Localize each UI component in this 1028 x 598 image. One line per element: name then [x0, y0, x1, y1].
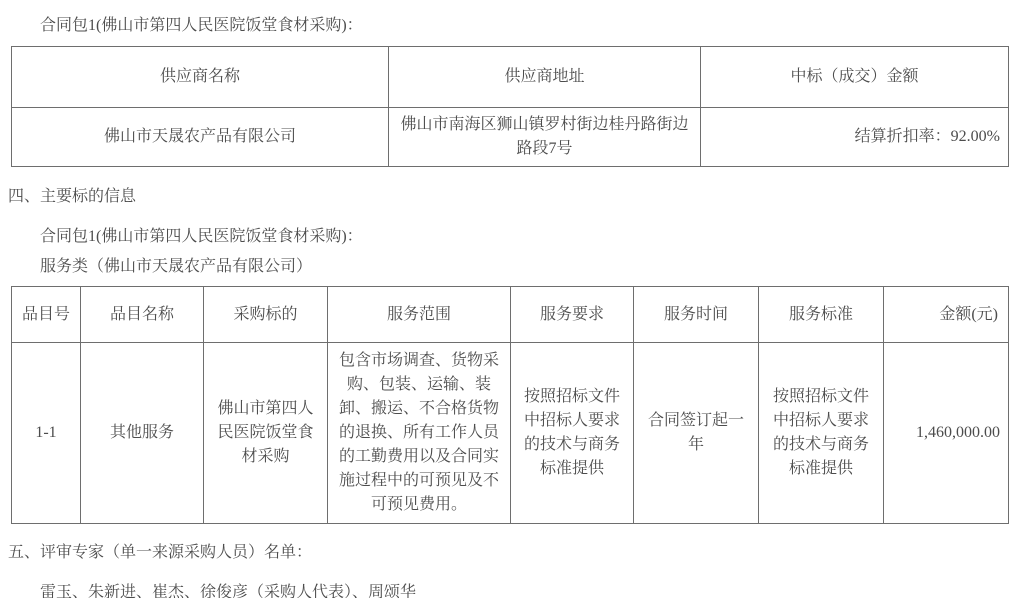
award-amount-header: 中标（成交）金额 — [701, 47, 1009, 108]
service-scope-header: 服务范围 — [328, 287, 511, 343]
supplier-table-header-row: 供应商名称 供应商地址 中标（成交）金额 — [12, 47, 1009, 108]
service-standard-header: 服务标准 — [759, 287, 884, 343]
amount-cell: 1,460,000.00 — [884, 343, 1009, 524]
service-scope-cell: 包含市场调查、货物采 购、包装、运输、装 卸、搬运、不合格货物 的退换、所有工作… — [328, 343, 511, 524]
experts-name-list: 雷玉、朱新进、崔杰、徐俊彦（采购人代表）、周颂华 — [40, 581, 1028, 598]
supplier-address-cell: 佛山市南海区狮山镇罗村街边桂丹路街边 路段7号 — [389, 108, 701, 167]
service-period-cell: 合同签订起一 年 — [634, 343, 759, 524]
award-amount-cell: 结算折扣率：92.00% — [701, 108, 1009, 167]
item-no-cell: 1-1 — [12, 343, 81, 524]
service-requirement-cell: 按照招标文件 中招标人要求 的技术与商务 标准提供 — [511, 343, 634, 524]
service-class-line: 服务类（佛山市天晟农产品有限公司） — [40, 255, 1028, 279]
amount-header: 金额(元) — [884, 287, 1009, 343]
items-table-row: 1-1 其他服务 佛山市第四人 民医院饭堂食 材采购 包含市场调查、货物采 购、… — [12, 343, 1009, 524]
service-standard-cell: 按照招标文件 中招标人要求 的技术与商务 标准提供 — [759, 343, 884, 524]
supplier-address-header: 供应商地址 — [389, 47, 701, 108]
section-title-review-experts: 五、评审专家（单一来源采购人员）名单： — [8, 541, 1028, 565]
contract-package-heading-mid: 合同包1(佛山市第四人民医院饭堂食材采购)： — [40, 225, 1028, 249]
item-name-cell: 其他服务 — [81, 343, 204, 524]
items-table-header-row: 品目号 品目名称 采购标的 服务范围 服务要求 服务时间 服务标准 金额(元) — [12, 287, 1009, 343]
item-name-header: 品目名称 — [81, 287, 204, 343]
item-no-header: 品目号 — [12, 287, 81, 343]
supplier-table-row: 佛山市天晟农产品有限公司 佛山市南海区狮山镇罗村街边桂丹路街边 路段7号 结算折… — [12, 108, 1009, 167]
procurement-subject-header: 采购标的 — [204, 287, 328, 343]
procurement-subject-cell: 佛山市第四人 民医院饭堂食 材采购 — [204, 343, 328, 524]
service-requirement-header: 服务要求 — [511, 287, 634, 343]
contract-package-heading-top: 合同包1(佛山市第四人民医院饭堂食材采购)： — [40, 14, 1028, 38]
supplier-name-cell: 佛山市天晟农产品有限公司 — [12, 108, 389, 167]
service-period-header: 服务时间 — [634, 287, 759, 343]
items-table: 品目号 品目名称 采购标的 服务范围 服务要求 服务时间 服务标准 金额(元) … — [11, 286, 1009, 524]
supplier-table: 供应商名称 供应商地址 中标（成交）金额 佛山市天晟农产品有限公司 佛山市南海区… — [11, 46, 1009, 167]
section-title-main-subject-info: 四、主要标的信息 — [8, 185, 1028, 209]
supplier-name-header: 供应商名称 — [12, 47, 389, 108]
